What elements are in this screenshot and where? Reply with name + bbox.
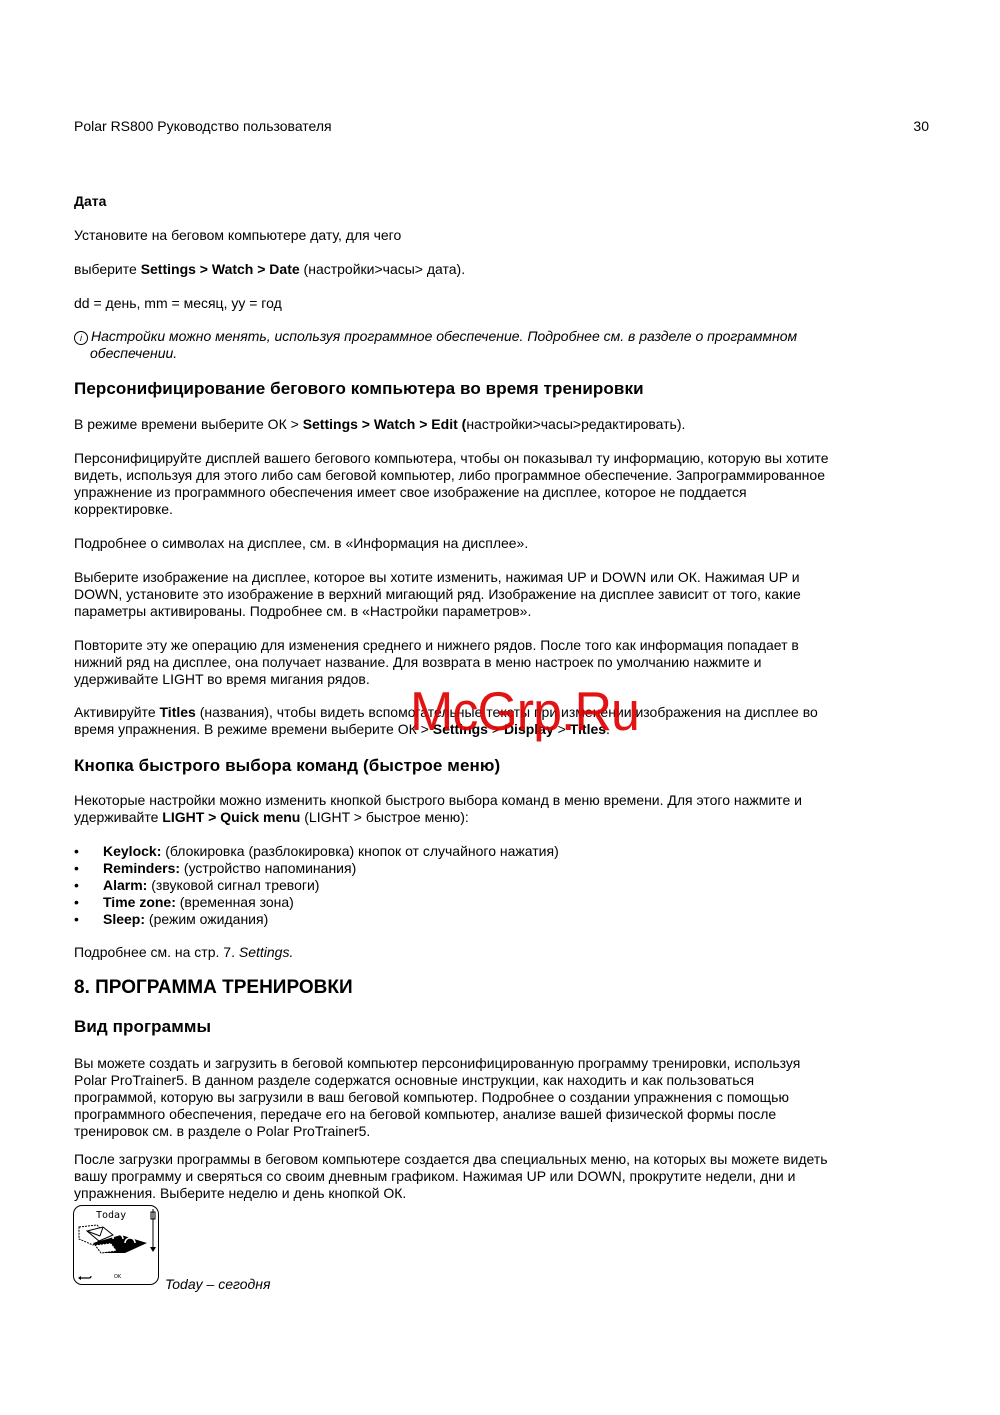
text: настройки>часы>редактировать). bbox=[466, 416, 685, 432]
page-number: 30 bbox=[913, 118, 929, 134]
device-display-illustration: Today OK bbox=[73, 1205, 159, 1285]
calendar-icon bbox=[73, 1205, 159, 1285]
item-label: Reminders: bbox=[103, 860, 180, 876]
item-desc: (звуковой сигнал тревоги) bbox=[147, 877, 319, 893]
text: > bbox=[554, 721, 570, 737]
program-paragraph-2: После загрузки программы в беговом компь… bbox=[74, 1151, 849, 1202]
quick-menu-intro: Некоторые настройки можно изменить кнопк… bbox=[74, 792, 844, 826]
reference-link-text: Settings. bbox=[239, 944, 293, 960]
list-item: Alarm: (звуковой сигнал тревоги) bbox=[74, 877, 854, 894]
personalize-paragraph-6: Активируйте Titles (названия), чтобы вид… bbox=[74, 704, 849, 738]
info-note: iНастройки можно менять, используя прогр… bbox=[74, 328, 880, 362]
text: . bbox=[606, 721, 610, 737]
quick-menu-list: Keylock: (блокировка (разблокировка) кно… bbox=[74, 843, 854, 928]
section-title-personalize: Персонифицирование бегового компьютера в… bbox=[74, 380, 894, 397]
document-title: Polar RS800 Руководство пользователя bbox=[74, 118, 332, 134]
item-desc: (режим ожидания) bbox=[145, 911, 268, 927]
item-label: Alarm: bbox=[103, 877, 147, 893]
date-format-legend: dd = день, mm = месяц, yy = год bbox=[74, 295, 854, 312]
quick-menu-reference: Подробнее см. на стр. 7. Settings. bbox=[74, 944, 854, 961]
text: Активируйте bbox=[74, 704, 160, 720]
menu-path: Settings > Watch > Date bbox=[141, 261, 300, 277]
section-title-date: Дата bbox=[74, 193, 854, 210]
menu-path: LIGHT > Quick menu bbox=[162, 809, 300, 825]
figure-caption: Today – сегодня bbox=[165, 1276, 270, 1292]
item-label: Keylock: bbox=[103, 843, 161, 859]
item-desc: (устройство напоминания) bbox=[180, 860, 356, 876]
device-ok-label: OK bbox=[114, 1274, 121, 1280]
text: выберите bbox=[74, 261, 141, 277]
item-label: Time zone: bbox=[103, 894, 176, 910]
item-desc: (временная зона) bbox=[176, 894, 294, 910]
personalize-paragraph-2: Персонифицируйте дисплей вашего бегового… bbox=[74, 450, 844, 518]
note-text: Настройки можно менять, используя програ… bbox=[90, 328, 797, 361]
personalize-paragraph-1: В режиме времени выберите ОК > Settings … bbox=[74, 416, 854, 433]
menu-path: Settings > Watch > Edit ( bbox=[303, 416, 467, 432]
section-title-quick-menu: Кнопка быстрого выбора команд (быстрое м… bbox=[74, 757, 854, 774]
keyword: Titles bbox=[160, 704, 196, 720]
item-label: Sleep: bbox=[103, 911, 145, 927]
list-item: Reminders: (устройство напоминания) bbox=[74, 860, 854, 877]
text: В режиме времени выберите ОК > bbox=[74, 416, 303, 432]
keyword: Settings bbox=[433, 721, 488, 737]
text: (настройки>часы> дата). bbox=[300, 261, 465, 277]
section-title-program-view: Вид программы bbox=[74, 1018, 854, 1035]
list-item: Sleep: (режим ожидания) bbox=[74, 911, 854, 928]
keyword: Titles bbox=[570, 721, 606, 737]
program-paragraph-1: Вы можете создать и загрузить в беговой … bbox=[74, 1055, 834, 1140]
chapter-title: 8. ПРОГРАММА ТРЕНИРОВКИ bbox=[74, 979, 854, 996]
personalize-paragraph-4: Выберите изображение на дисплее, которое… bbox=[74, 569, 849, 620]
date-paragraph-1: Установите на беговом компьютере дату, д… bbox=[74, 227, 854, 244]
personalize-paragraph-3: Подробнее о символах на дисплее, см. в «… bbox=[74, 535, 854, 552]
info-icon: i bbox=[74, 331, 88, 345]
date-paragraph-2: выберите Settings > Watch > Date (настро… bbox=[74, 261, 854, 278]
keyword: Display bbox=[504, 721, 554, 737]
text: > bbox=[488, 721, 504, 737]
text: (LIGHT > быстрое меню): bbox=[300, 809, 468, 825]
text: Подробнее см. на стр. 7. bbox=[74, 944, 239, 960]
list-item: Keylock: (блокировка (разблокировка) кно… bbox=[74, 843, 854, 860]
page-header: Polar RS800 Руководство пользователя 30 bbox=[74, 118, 929, 134]
list-item: Time zone: (временная зона) bbox=[74, 894, 854, 911]
item-desc: (блокировка (разблокировка) кнопок от сл… bbox=[161, 843, 558, 859]
personalize-paragraph-5: Повторите эту же операцию для изменения … bbox=[74, 637, 849, 688]
